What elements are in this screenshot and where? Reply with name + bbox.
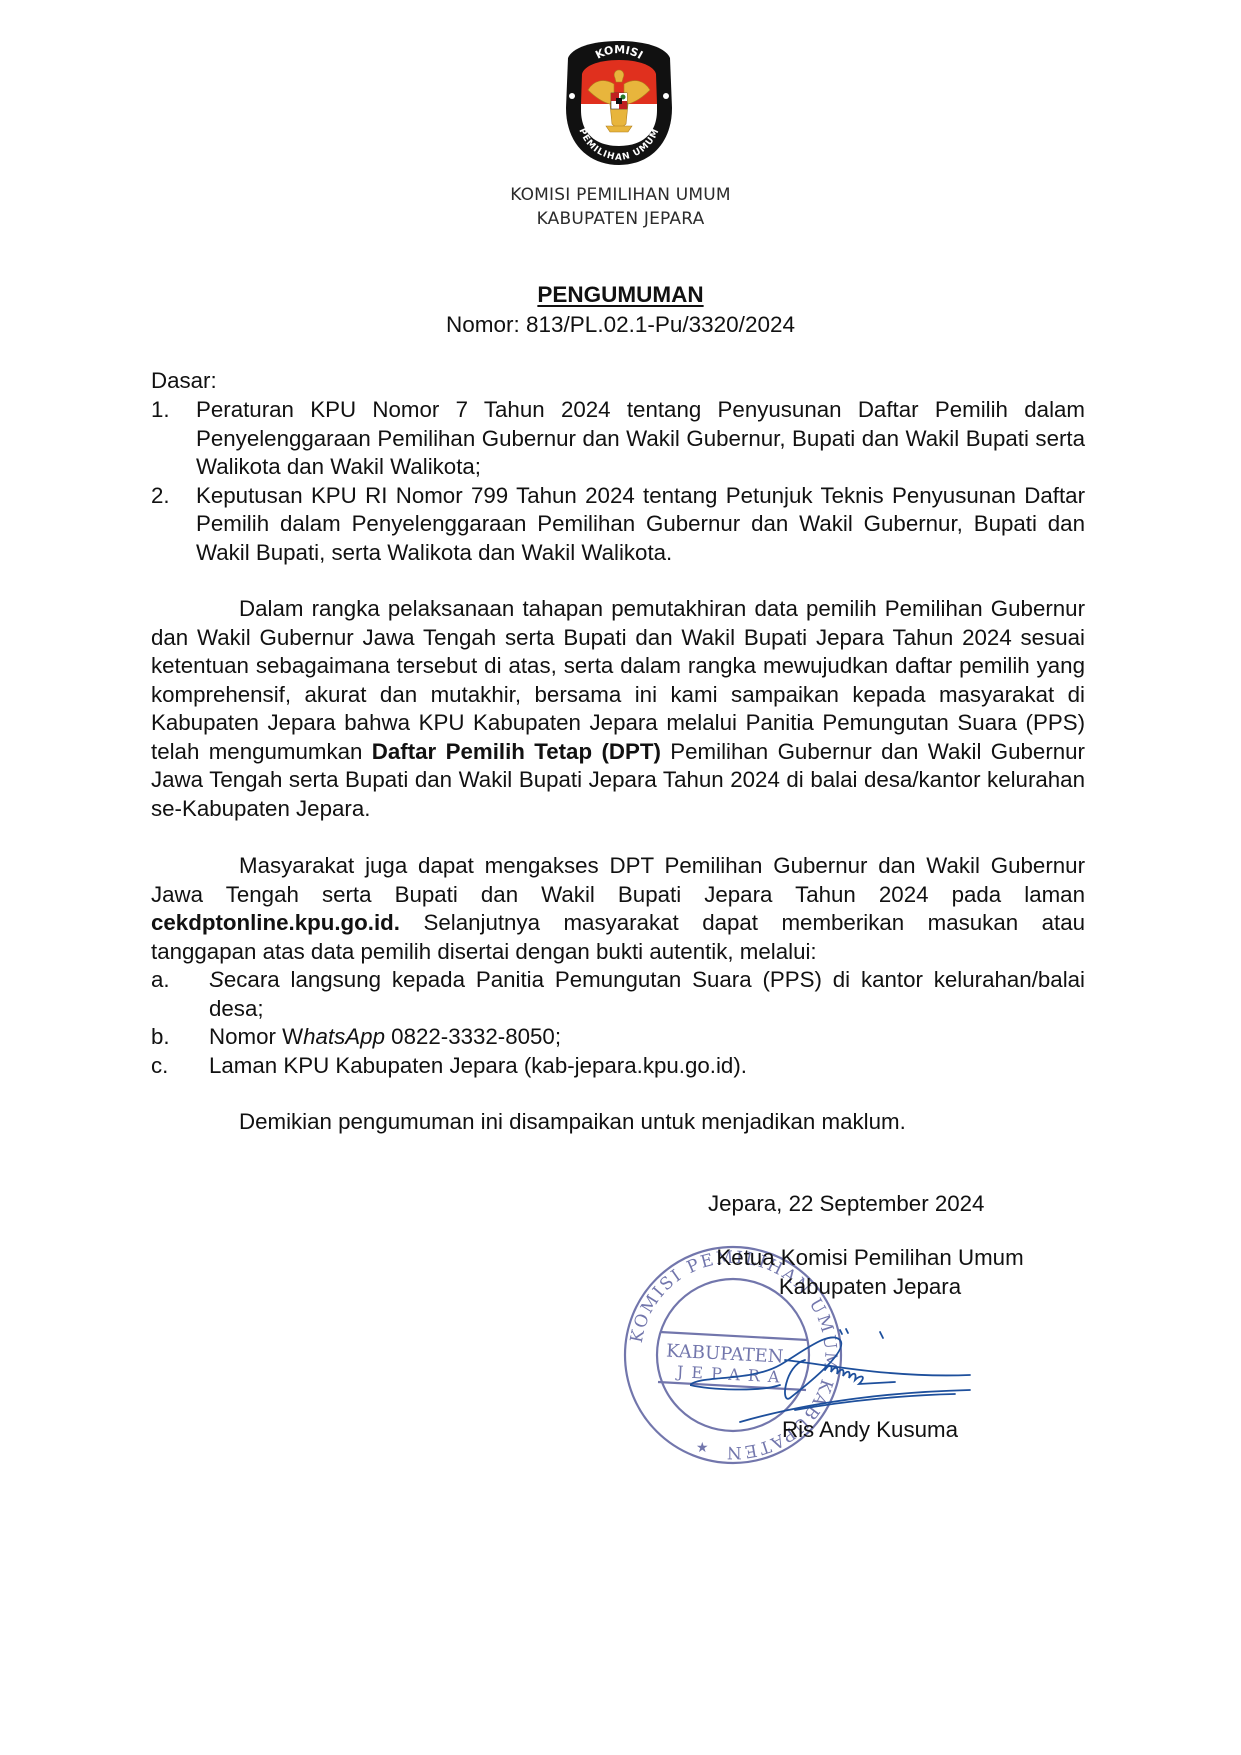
channel-text: Nomor W xyxy=(209,1024,303,1049)
document-page: KOMISI PEMILIHAN UMUM KOMISI PEMILIHAN U… xyxy=(0,0,1241,1755)
website-reference[interactable]: Laman KPU Kabupaten Jepara (kab-jepara.k… xyxy=(209,1053,747,1078)
channel-text-italic: hatsApp xyxy=(303,1024,385,1049)
kpu-logo-icon: KOMISI PEMILIHAN UMUM xyxy=(562,38,676,168)
place-date: Jepara, 22 September 2024 xyxy=(708,1191,984,1217)
closing-statement: Demikian pengumuman ini disampaikan untu… xyxy=(239,1108,906,1137)
channel-item: b. Nomor WhatsApp 0822-3332-8050; xyxy=(151,1023,1085,1052)
channel-text: ecara langsung kepada Panitia Pemungutan… xyxy=(209,967,1085,1021)
channel-item: c. Laman KPU Kabupaten Jepara (kab-jepar… xyxy=(151,1052,1085,1081)
document-title: PENGUMUMAN xyxy=(0,282,1241,308)
dasar-label: Dasar: xyxy=(151,367,1085,396)
paragraph-announcement: Dalam rangka pelaksanaan tahapan pemutak… xyxy=(151,595,1085,823)
list-number: 1. xyxy=(151,396,170,425)
signatory-name: Ris Andy Kusuma xyxy=(650,1416,1090,1445)
paragraph-access: Masyarakat juga dapat mengakses DPT Pemi… xyxy=(151,852,1085,966)
website-link[interactable]: cekdptonline.kpu.go.id. xyxy=(151,910,400,935)
document-number: Nomor: 813/PL.02.1-Pu/3320/2024 xyxy=(0,312,1241,338)
channel-text-italic: S xyxy=(209,967,224,992)
org-region: KABUPATEN JEPARA xyxy=(0,209,1241,229)
dpt-emphasis: Daftar Pemilih Tetap (DPT) xyxy=(372,739,661,764)
signatory-position-line2: Kabupaten Jepara xyxy=(650,1273,1090,1302)
whatsapp-number[interactable]: 0822-3332-8050; xyxy=(385,1024,561,1049)
list-letter: c. xyxy=(151,1052,168,1081)
handwritten-signature-icon xyxy=(690,1320,980,1430)
signatory-position-line1: Ketua Komisi Pemilihan Umum xyxy=(650,1244,1090,1273)
channel-list: a. Secara langsung kepada Panitia Pemung… xyxy=(151,966,1085,1080)
signatory-position: Ketua Komisi Pemilihan Umum Kabupaten Je… xyxy=(650,1244,1090,1301)
channel-item: a. Secara langsung kepada Panitia Pemung… xyxy=(151,966,1085,1023)
dasar-item-text: Keputusan KPU RI Nomor 799 Tahun 2024 te… xyxy=(196,483,1085,565)
dasar-item: 2. Keputusan KPU RI Nomor 799 Tahun 2024… xyxy=(151,482,1085,568)
list-letter: a. xyxy=(151,966,170,995)
list-number: 2. xyxy=(151,482,170,511)
list-letter: b. xyxy=(151,1023,170,1052)
paragraph-text: Masyarakat juga dapat mengakses DPT Pemi… xyxy=(151,853,1085,907)
org-name: KOMISI PEMILIHAN UMUM xyxy=(0,185,1241,205)
dasar-item-text: Peraturan KPU Nomor 7 Tahun 2024 tentang… xyxy=(196,397,1085,479)
dasar-item: 1. Peraturan KPU Nomor 7 Tahun 2024 tent… xyxy=(151,396,1085,482)
dasar-list: 1. Peraturan KPU Nomor 7 Tahun 2024 tent… xyxy=(151,396,1085,567)
